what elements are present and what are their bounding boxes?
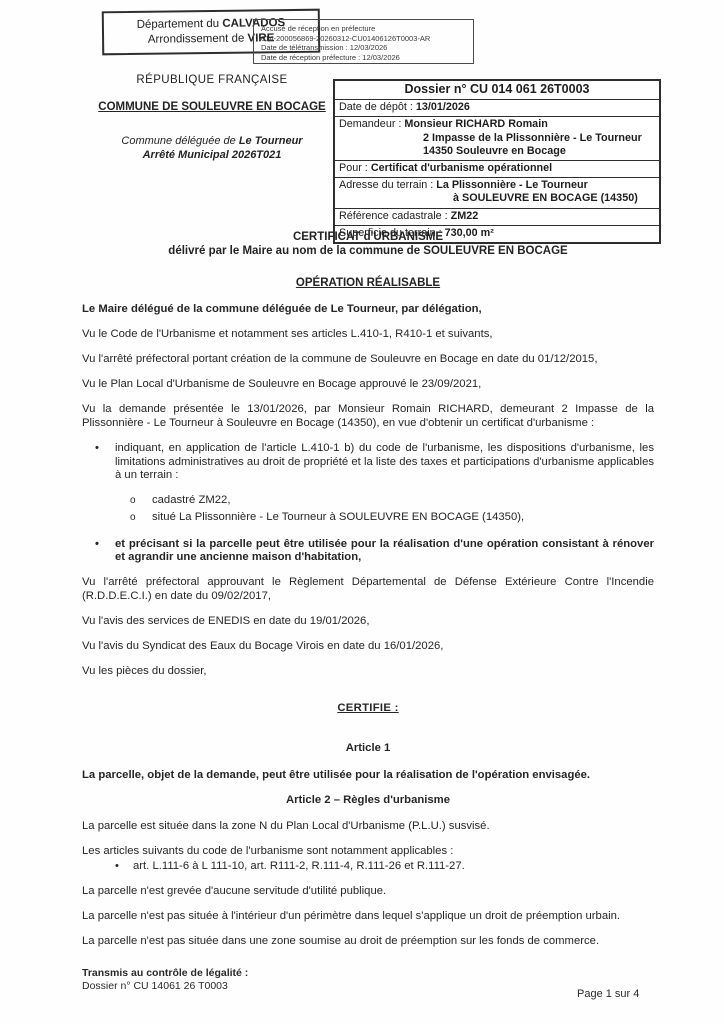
circle-bullet-icon: o <box>82 494 152 508</box>
demandeur-line-3: 14350 Souleuvre en Bocage <box>339 145 655 158</box>
certifie-heading: CERTIFIE : <box>82 702 654 716</box>
paragraph-articles-intro: Les articles suivants du code de l'urban… <box>82 845 654 859</box>
paragraph-maire: Le Maire délégué de la commune déléguée … <box>82 303 654 317</box>
document-subtitle: délivré par le Maire au nom de la commun… <box>82 245 654 259</box>
depot-value: 13/01/2026 <box>416 101 470 113</box>
commune-heading: COMMUNE DE SOULEUVRE EN BOCAGE <box>84 101 340 113</box>
table-row-pour: Pour : Certificat d'urbanisme opérationn… <box>335 160 659 177</box>
deleguee-value: Le Tourneur <box>239 135 303 147</box>
article-1-text: La parcelle, objet de la demande, peut ê… <box>82 769 654 783</box>
table-row-demandeur: Demandeur : Monsieur RICHARD Romain 2 Im… <box>335 116 659 160</box>
reference-value: ZM22 <box>451 210 479 222</box>
document-title: CERTIFICAT d'URBANISME <box>82 231 654 245</box>
bullet-indiquant: • indiquant, en application de l'article… <box>82 442 654 483</box>
stamp-line-3: Date de télétransmission : 12/03/2026 <box>261 43 473 53</box>
bullet-precisant: • et précisant si la parcelle peut être … <box>82 538 654 565</box>
department-label: Département du <box>137 18 223 31</box>
stamp-line-1: Accusé de réception en préfecture <box>261 24 473 34</box>
table-row-date-depot: Date de dépôt : 13/01/2026 <box>335 99 659 116</box>
bullet-precisant-text: et précisant si la parcelle peut être ut… <box>115 538 654 565</box>
document-title-block: CERTIFICAT d'URBANISME délivré par le Ma… <box>82 231 654 291</box>
paragraph-vu-syndicat: Vu l'avis du Syndicat des Eaux du Bocage… <box>82 640 654 654</box>
demandeur-label: Demandeur : <box>339 118 404 130</box>
paragraph-vu-plu: Vu le Plan Local d'Urbanisme de Souleuvr… <box>82 378 654 392</box>
scanned-document-page: Département du CALVADOS Arrondissement d… <box>0 0 724 1024</box>
operation-realisable-text: OPÉRATION RÉALISABLE <box>296 277 440 289</box>
reference-label: Référence cadastrale : <box>339 210 451 222</box>
arrete-municipal-line: Arrêté Municipal 2026T021 <box>84 149 340 163</box>
republique-line: RÉPUBLIQUE FRANÇAISE <box>84 74 340 86</box>
footer-block: Transmis au contrôle de légalité : Dossi… <box>82 967 248 992</box>
operation-realisable-heading: OPÉRATION RÉALISABLE <box>82 273 654 291</box>
sub-bullet-situe-text: situé La Plissonnière - Le Tourneur à SO… <box>152 511 524 525</box>
stamp-line-2: 014-200056869-20260312-CU01406126T0003-A… <box>261 34 473 44</box>
certifie-text: CERTIFIE : <box>337 702 398 714</box>
stamp-line-4: Date de réception préfecture : 12/03/202… <box>261 53 473 63</box>
paragraph-vu-enedis: Vu l'avis des services de ENEDIS en date… <box>82 615 654 629</box>
table-row-adresse-terrain: Adresse du terrain : La Plissonnière - L… <box>335 177 659 207</box>
footer-transmis-line: Transmis au contrôle de légalité : <box>82 967 248 980</box>
paragraph-servitude: La parcelle n'est grevée d'aucune servit… <box>82 885 654 899</box>
table-row-dossier-number: Dossier n° CU 014 061 26T0003 <box>335 81 659 99</box>
paragraph-vu-rddeci: Vu l'arrêté préfectoral approuvant le Rè… <box>82 576 654 603</box>
paragraph-vu-demande: Vu la demande présentée le 13/01/2026, p… <box>82 403 654 430</box>
table-row-reference-cadastrale: Référence cadastrale : ZM22 <box>335 208 659 225</box>
articles-list-item: • art. L.111-6 à L 111-10, art. R111-2, … <box>82 860 654 874</box>
article-2-heading: Article 2 – Règles d'urbanisme <box>82 794 654 808</box>
sub-bullet-cadastre-text: cadastré ZM22, <box>152 494 230 508</box>
prefecture-reception-stamp: Accusé de réception en préfecture 014-20… <box>253 19 474 64</box>
paragraph-vu-pieces: Vu les pièces du dossier, <box>82 665 654 679</box>
paragraph-preemption-urbain: La parcelle n'est pas située à l'intérie… <box>82 910 654 924</box>
articles-list-text: art. L.111-6 à L 111-10, art. R111-2, R.… <box>133 860 465 874</box>
paragraph-preemption-commerce: La parcelle n'est pas située dans une zo… <box>82 935 654 949</box>
dossier-table: Dossier n° CU 014 061 26T0003 Date de dé… <box>333 79 661 244</box>
adresse-line-1: Adresse du terrain : La Plissonnière - L… <box>339 179 655 192</box>
arrondissement-label: Arrondissement de <box>148 33 248 46</box>
bullet-dot-icon: • <box>82 442 115 483</box>
circle-bullet-icon: o <box>82 511 152 525</box>
sub-bullet-cadastre: o cadastré ZM22, <box>82 494 654 508</box>
bullet-dot-icon: • <box>115 860 133 874</box>
paragraph-vu-code: Vu le Code de l'Urbanisme et notamment s… <box>82 328 654 342</box>
bullet-dot-icon: • <box>82 538 115 565</box>
deleguee-label: Commune déléguée de <box>121 135 238 147</box>
paragraph-zone: La parcelle est située dans la zone N du… <box>82 820 654 834</box>
adresse-value: La Plissonnière - Le Tourneur <box>436 179 588 191</box>
demandeur-name: Monsieur RICHARD Romain <box>404 118 547 130</box>
article-1-heading: Article 1 <box>82 742 654 756</box>
sub-bullet-list: o cadastré ZM22, o situé La Plissonnière… <box>82 494 654 524</box>
adresse-label: Adresse du terrain : <box>339 179 436 191</box>
commune-deleguee-line: Commune déléguée de Le Tourneur <box>84 135 340 149</box>
left-header-block: RÉPUBLIQUE FRANÇAISE COMMUNE DE SOULEUVR… <box>84 74 340 162</box>
bullet-indiquant-text: indiquant, en application de l'article L… <box>115 442 654 483</box>
sub-bullet-situe: o situé La Plissonnière - Le Tourneur à … <box>82 511 654 525</box>
paragraph-vu-prefectoral: Vu l'arrêté préfectoral portant création… <box>82 353 654 367</box>
depot-label: Date de dépôt : <box>339 101 416 113</box>
demandeur-line-2: 2 Impasse de la Plissonnière - Le Tourne… <box>339 132 655 145</box>
pour-label: Pour : <box>339 162 371 174</box>
adresse-line-2: à SOULEUVRE EN BOCAGE (14350) <box>339 192 655 205</box>
pour-value: Certificat d'urbanisme opérationnel <box>371 162 552 174</box>
footer-dossier-line: Dossier n° CU 14061 26 T0003 <box>82 980 248 993</box>
page-number: Page 1 sur 4 <box>577 988 639 1000</box>
document-body: Le Maire délégué de la commune déléguée … <box>82 303 654 960</box>
demandeur-line-1: Demandeur : Monsieur RICHARD Romain <box>339 118 655 131</box>
